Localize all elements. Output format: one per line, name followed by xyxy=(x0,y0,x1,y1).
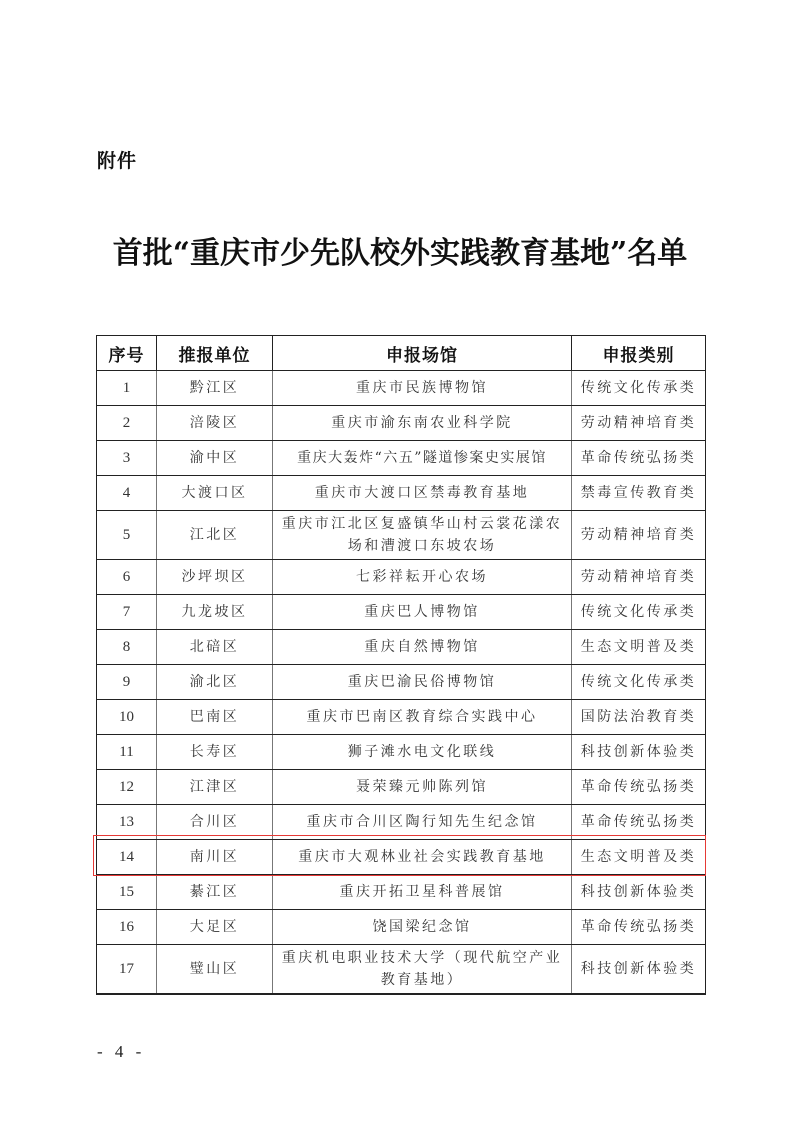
column-header-venue: 申报场馆 xyxy=(273,336,572,371)
base-list-table: 序号 推报单位 申报场馆 申报类别 1黔江区重庆市民族博物馆传统文化传承类 2涪… xyxy=(96,335,706,995)
row-venue: 重庆巴人博物馆 xyxy=(273,595,572,630)
row-number: 16 xyxy=(97,910,157,945)
row-category: 科技创新体验类 xyxy=(572,875,706,910)
table-row: 12江津区聂荣臻元帅陈列馆革命传统弘扬类 xyxy=(97,770,706,805)
table-row: 17璧山区重庆机电职业技术大学（现代航空产业教育基地）科技创新体验类 xyxy=(97,945,706,995)
row-number: 4 xyxy=(97,476,157,511)
row-number: 17 xyxy=(97,945,157,995)
row-category: 革命传统弘扬类 xyxy=(572,441,706,476)
document-title: 首批“重庆市少先队校外实践教育基地”名单 xyxy=(0,228,800,272)
row-category: 传统文化传承类 xyxy=(572,371,706,406)
row-unit: 合川区 xyxy=(157,805,273,840)
row-venue: 七彩祥耘开心农场 xyxy=(273,560,572,595)
row-unit: 渝北区 xyxy=(157,665,273,700)
row-category: 科技创新体验类 xyxy=(572,945,706,995)
row-category: 传统文化传承类 xyxy=(572,595,706,630)
row-number: 10 xyxy=(97,700,157,735)
row-unit: 长寿区 xyxy=(157,735,273,770)
row-number: 7 xyxy=(97,595,157,630)
row-category: 传统文化传承类 xyxy=(572,665,706,700)
table-row: 10巴南区重庆市巴南区教育综合实践中心国防法治教育类 xyxy=(97,700,706,735)
row-unit: 黔江区 xyxy=(157,371,273,406)
row-category: 劳动精神培育类 xyxy=(572,560,706,595)
row-number: 3 xyxy=(97,441,157,476)
row-venue: 饶国梁纪念馆 xyxy=(273,910,572,945)
row-category: 禁毒宣传教育类 xyxy=(572,476,706,511)
row-unit: 璧山区 xyxy=(157,945,273,995)
table-row: 6沙坪坝区七彩祥耘开心农场劳动精神培育类 xyxy=(97,560,706,595)
row-venue: 重庆市江北区复盛镇华山村云裳花漾农场和漕渡口东坡农场 xyxy=(273,511,572,560)
row-unit: 江北区 xyxy=(157,511,273,560)
row-number: 11 xyxy=(97,735,157,770)
row-venue: 狮子滩水电文化联线 xyxy=(273,735,572,770)
attachment-label: 附件 xyxy=(97,146,137,173)
row-unit: 大足区 xyxy=(157,910,273,945)
row-category: 革命传统弘扬类 xyxy=(572,805,706,840)
column-header-category: 申报类别 xyxy=(572,336,706,371)
table-row: 15綦江区重庆开拓卫星科普展馆科技创新体验类 xyxy=(97,875,706,910)
row-category: 劳动精神培育类 xyxy=(572,511,706,560)
table-header-row: 序号 推报单位 申报场馆 申报类别 xyxy=(97,336,706,371)
row-category: 革命传统弘扬类 xyxy=(572,910,706,945)
row-venue: 重庆市合川区陶行知先生纪念馆 xyxy=(273,805,572,840)
table-row: 4大渡口区重庆市大渡口区禁毒教育基地禁毒宣传教育类 xyxy=(97,476,706,511)
row-unit: 巴南区 xyxy=(157,700,273,735)
row-venue: 重庆市民族博物馆 xyxy=(273,371,572,406)
row-unit: 大渡口区 xyxy=(157,476,273,511)
table-row: 2涪陵区重庆市渝东南农业科学院劳动精神培育类 xyxy=(97,406,706,441)
table-row: 7九龙坡区重庆巴人博物馆传统文化传承类 xyxy=(97,595,706,630)
row-unit: 涪陵区 xyxy=(157,406,273,441)
column-header-unit: 推报单位 xyxy=(157,336,273,371)
column-header-number: 序号 xyxy=(97,336,157,371)
row-venue: 重庆巴渝民俗博物馆 xyxy=(273,665,572,700)
row-number: 9 xyxy=(97,665,157,700)
row-number: 5 xyxy=(97,511,157,560)
row-number: 2 xyxy=(97,406,157,441)
row-unit: 南川区 xyxy=(157,840,273,875)
row-venue: 重庆大轰炸“六五”隧道惨案史实展馆 xyxy=(273,441,572,476)
row-venue: 重庆市大渡口区禁毒教育基地 xyxy=(273,476,572,511)
row-number: 12 xyxy=(97,770,157,805)
row-category: 国防法治教育类 xyxy=(572,700,706,735)
row-unit: 江津区 xyxy=(157,770,273,805)
table-row: 11长寿区狮子滩水电文化联线科技创新体验类 xyxy=(97,735,706,770)
row-number: 13 xyxy=(97,805,157,840)
row-category: 革命传统弘扬类 xyxy=(572,770,706,805)
row-venue: 重庆机电职业技术大学（现代航空产业教育基地） xyxy=(273,945,572,995)
table-row: 5江北区重庆市江北区复盛镇华山村云裳花漾农场和漕渡口东坡农场劳动精神培育类 xyxy=(97,511,706,560)
row-venue: 重庆市渝东南农业科学院 xyxy=(273,406,572,441)
row-number: 6 xyxy=(97,560,157,595)
row-number: 15 xyxy=(97,875,157,910)
row-category: 生态文明普及类 xyxy=(572,630,706,665)
row-unit: 沙坪坝区 xyxy=(157,560,273,595)
table-row: 8北碚区重庆自然博物馆生态文明普及类 xyxy=(97,630,706,665)
table-row: 13合川区重庆市合川区陶行知先生纪念馆革命传统弘扬类 xyxy=(97,805,706,840)
row-venue: 重庆自然博物馆 xyxy=(273,630,572,665)
row-venue: 重庆市大观林业社会实践教育基地 xyxy=(273,840,572,875)
row-number: 14 xyxy=(97,840,157,875)
table-row-highlighted: 14南川区重庆市大观林业社会实践教育基地生态文明普及类 xyxy=(97,840,706,875)
row-venue: 重庆开拓卫星科普展馆 xyxy=(273,875,572,910)
table-row: 3渝中区重庆大轰炸“六五”隧道惨案史实展馆革命传统弘扬类 xyxy=(97,441,706,476)
row-unit: 渝中区 xyxy=(157,441,273,476)
table-row: 1黔江区重庆市民族博物馆传统文化传承类 xyxy=(97,371,706,406)
row-venue: 重庆市巴南区教育综合实践中心 xyxy=(273,700,572,735)
table-row: 16大足区饶国梁纪念馆革命传统弘扬类 xyxy=(97,910,706,945)
row-number: 1 xyxy=(97,371,157,406)
row-category: 科技创新体验类 xyxy=(572,735,706,770)
row-venue: 聂荣臻元帅陈列馆 xyxy=(273,770,572,805)
page-number: - 4 - xyxy=(97,1042,145,1062)
row-unit: 綦江区 xyxy=(157,875,273,910)
row-unit: 九龙坡区 xyxy=(157,595,273,630)
row-number: 8 xyxy=(97,630,157,665)
row-unit: 北碚区 xyxy=(157,630,273,665)
table-row: 9渝北区重庆巴渝民俗博物馆传统文化传承类 xyxy=(97,665,706,700)
row-category: 生态文明普及类 xyxy=(572,840,706,875)
row-category: 劳动精神培育类 xyxy=(572,406,706,441)
